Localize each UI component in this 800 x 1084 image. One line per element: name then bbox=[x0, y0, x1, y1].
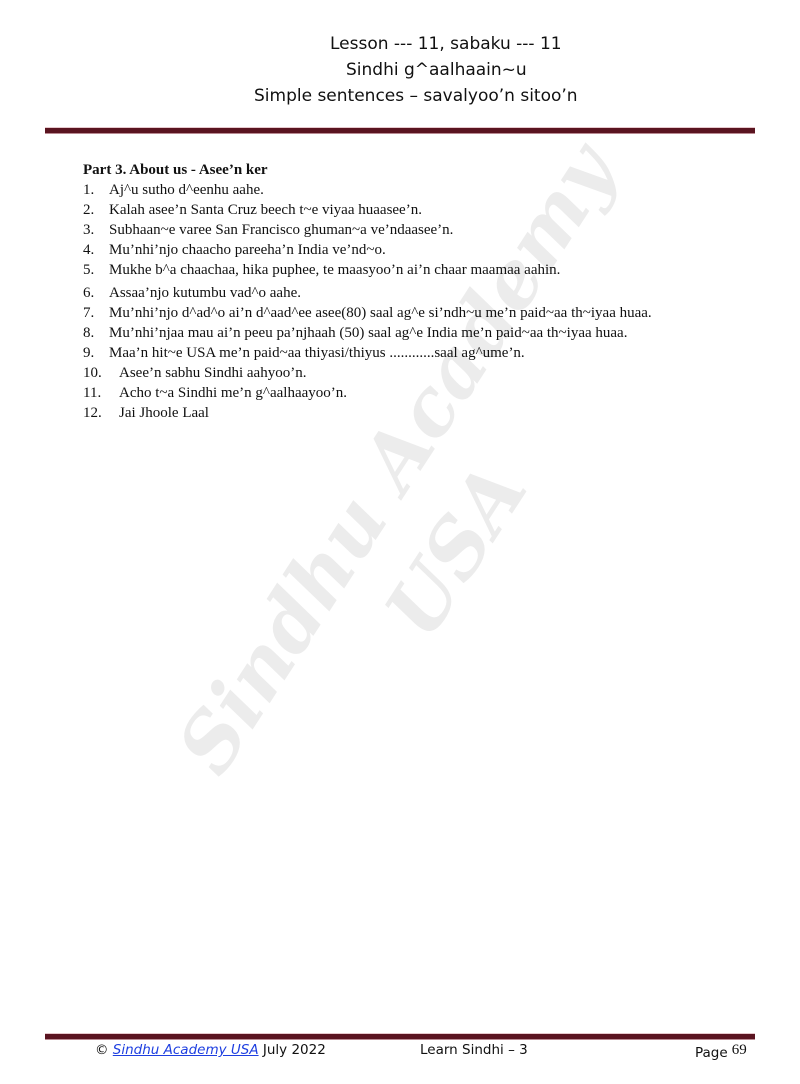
document-page: Sindhu Academy USA Lesson --- 11, sabaku… bbox=[0, 0, 800, 1084]
item-number: 4. bbox=[83, 240, 94, 260]
lesson-subtitle: Sindhi g^aalhaain~u bbox=[346, 60, 527, 80]
page-label: Page bbox=[695, 1045, 728, 1061]
sentence-item: 9.Maa’n hit~e USA me’n paid~aa thiyasi/t… bbox=[83, 343, 773, 363]
item-text: Acho t~a Sindhi me’n g^aalhaayoo’n. bbox=[119, 385, 347, 401]
item-text: Mu’nhi’njo d^ad^o ai’n d^aad^ee asee(80)… bbox=[109, 305, 652, 321]
lesson-content: Part 3. About us - Asee’n ker 1.Aj^u sut… bbox=[83, 161, 773, 423]
item-number: 6. bbox=[83, 283, 94, 303]
sentence-item: 10.Asee’n sabhu Sindhi aahyoo’n. bbox=[83, 363, 773, 383]
sentence-item: 12.Jai Jhoole Laal bbox=[83, 403, 773, 423]
footer-copyright: © Sindhu Academy USA July 2022 bbox=[95, 1042, 326, 1058]
item-text: Assaa’njo kutumbu vad^o aahe. bbox=[109, 285, 301, 301]
item-number: 10. bbox=[83, 363, 102, 383]
part-title: Part 3. About us - Asee’n ker bbox=[83, 161, 773, 180]
item-number: 3. bbox=[83, 220, 94, 240]
item-number: 5. bbox=[83, 260, 94, 280]
sentence-item: 8.Mu’nhi’njaa mau ai’n peeu pa’njhaah (5… bbox=[83, 323, 773, 343]
item-number: 1. bbox=[83, 180, 94, 200]
sentence-item: 7.Mu’nhi’njo d^ad^o ai’n d^aad^ee asee(8… bbox=[83, 303, 773, 323]
page-indicator: Page69 bbox=[695, 1045, 747, 1062]
item-text: Asee’n sabhu Sindhi aahyoo’n. bbox=[119, 365, 306, 381]
sentence-item: 6.Assaa’njo kutumbu vad^o aahe. bbox=[83, 283, 773, 303]
item-text: Mu’nhi’njo chaacho pareeha’n India ve’nd… bbox=[109, 242, 386, 258]
item-text: Subhaan~e varee San Francisco ghuman~a v… bbox=[109, 222, 453, 238]
sentence-item: 4.Mu’nhi’njo chaacho pareeha’n India ve’… bbox=[83, 240, 773, 260]
sentence-list: 1.Aj^u sutho d^eenhu aahe.2.Kalah asee’n… bbox=[83, 180, 773, 423]
item-text: Jai Jhoole Laal bbox=[119, 405, 209, 421]
item-text: Maa’n hit~e USA me’n paid~aa thiyasi/thi… bbox=[109, 345, 525, 361]
sentence-item: 5.Mukhe b^a chaachaa, hika puphee, te ma… bbox=[83, 260, 773, 280]
item-number: 12. bbox=[83, 403, 102, 423]
item-text: Mukhe b^a chaachaa, hika puphee, te maas… bbox=[109, 262, 560, 278]
header-divider bbox=[45, 127, 755, 134]
footer-divider bbox=[45, 1033, 755, 1040]
org-link[interactable]: Sindhu Academy USA bbox=[113, 1042, 259, 1058]
lesson-title: Lesson --- 11, sabaku --- 11 bbox=[330, 34, 562, 54]
sentence-item: 2.Kalah asee’n Santa Cruz beech t~e viya… bbox=[83, 200, 773, 220]
sentence-item: 3.Subhaan~e varee San Francisco ghuman~a… bbox=[83, 220, 773, 240]
item-text: Kalah asee’n Santa Cruz beech t~e viyaa … bbox=[109, 202, 422, 218]
item-number: 8. bbox=[83, 323, 94, 343]
page-number: 69 bbox=[732, 1042, 747, 1058]
item-number: 11. bbox=[83, 383, 101, 403]
book-title: Learn Sindhi – 3 bbox=[420, 1042, 528, 1058]
item-text: Aj^u sutho d^eenhu aahe. bbox=[109, 182, 264, 198]
copyright-symbol: © bbox=[95, 1042, 109, 1058]
item-number: 2. bbox=[83, 200, 94, 220]
footer-date: July 2022 bbox=[263, 1042, 326, 1058]
lesson-topic: Simple sentences – savalyoo’n sitoo’n bbox=[254, 86, 578, 106]
item-text: Mu’nhi’njaa mau ai’n peeu pa’njhaah (50)… bbox=[109, 325, 627, 341]
item-number: 9. bbox=[83, 343, 94, 363]
sentence-item: 1.Aj^u sutho d^eenhu aahe. bbox=[83, 180, 773, 200]
sentence-item: 11.Acho t~a Sindhi me’n g^aalhaayoo’n. bbox=[83, 383, 773, 403]
item-number: 7. bbox=[83, 303, 94, 323]
